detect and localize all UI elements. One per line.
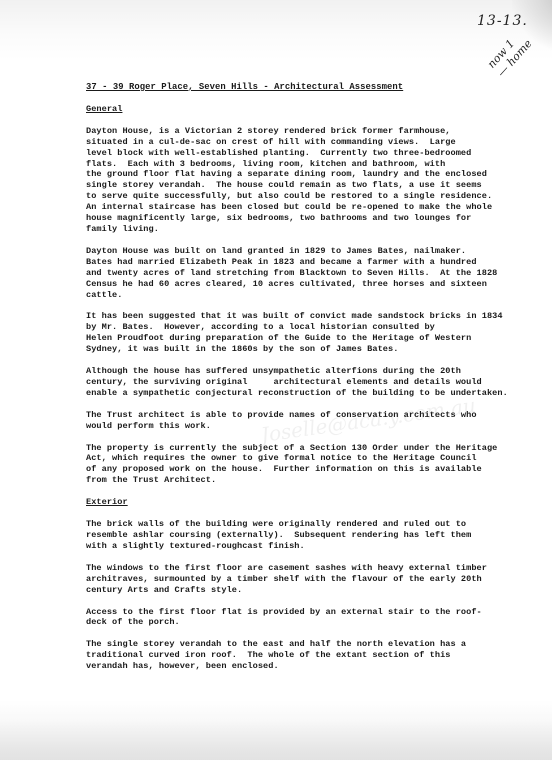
paragraph: The property is currently the subject of… — [86, 443, 546, 487]
text-line: enable a sympathetic conjectural reconst… — [86, 388, 546, 399]
text-line: flats. Each with 3 bedrooms, living room… — [86, 159, 546, 170]
scanned-document-page: 13-13. now 1 — home Joselle@aca.y.com.au… — [0, 0, 552, 760]
text-line: century, the surviving original architec… — [86, 377, 546, 388]
text-line: and twenty acres of land stretching from… — [86, 268, 546, 279]
section-general: GeneralDayton House, is a Victorian 2 st… — [86, 104, 546, 486]
paragraph: It has been suggested that it was built … — [86, 311, 546, 355]
text-line: from the Trust Architect. — [86, 475, 546, 486]
text-line: cattle. — [86, 290, 546, 301]
text-line: Dayton House was built on land granted i… — [86, 246, 546, 257]
text-line: single storey verandah. The house could … — [86, 180, 546, 191]
text-line: family living. — [86, 224, 546, 235]
text-line: to serve quite successfully, but also co… — [86, 191, 546, 202]
section-heading: General — [86, 104, 546, 115]
text-line: would perform this work. — [86, 421, 546, 432]
text-line: The property is currently the subject of… — [86, 443, 546, 454]
text-line: verandah has, however, been enclosed. — [86, 661, 546, 672]
paragraph: The brick walls of the building were ori… — [86, 519, 546, 552]
text-line: traditional curved iron roof. The whole … — [86, 650, 546, 661]
text-line: Dayton House, is a Victorian 2 storey re… — [86, 126, 546, 137]
paragraph: Access to the first floor flat is provid… — [86, 607, 546, 629]
section-exterior: ExteriorThe brick walls of the building … — [86, 497, 546, 672]
text-line: The windows to the first floor are casem… — [86, 563, 546, 574]
text-line: It has been suggested that it was built … — [86, 311, 546, 322]
paragraph: The single storey verandah to the east a… — [86, 639, 546, 672]
text-line: deck of the porch. — [86, 617, 546, 628]
paragraph: The windows to the first floor are casem… — [86, 563, 546, 596]
paragraph: Dayton House was built on land granted i… — [86, 246, 546, 301]
text-line: situated in a cul-de-sac on crest of hil… — [86, 137, 546, 148]
text-line: The brick walls of the building were ori… — [86, 519, 546, 530]
paragraph: Dayton House, is a Victorian 2 storey re… — [86, 126, 546, 235]
text-line: Although the house has suffered unsympat… — [86, 366, 546, 377]
document-title: 37 - 39 Roger Place, Seven Hills - Archi… — [86, 82, 546, 93]
text-line: Act, which requires the owner to give fo… — [86, 453, 546, 464]
text-line: Helen Proudfoot during preparation of th… — [86, 333, 546, 344]
paragraph: The Trust architect is able to provide n… — [86, 410, 546, 432]
text-line: of any proposed work on the house. Furth… — [86, 464, 546, 475]
text-line: house magnificently large, six bedrooms,… — [86, 213, 546, 224]
text-line: Sydney, it was built in the 1860s by the… — [86, 344, 546, 355]
text-line: architraves, surmounted by a timber shel… — [86, 574, 546, 585]
text-line: An internal staircase has been closed bu… — [86, 202, 546, 213]
text-line: The Trust architect is able to provide n… — [86, 410, 546, 421]
text-line: century Arts and Crafts style. — [86, 585, 546, 596]
text-line: level block with well-established planti… — [86, 148, 546, 159]
text-line: The single storey verandah to the east a… — [86, 639, 546, 650]
text-line: by Mr. Bates. However, according to a lo… — [86, 322, 546, 333]
text-line: resemble ashlar coursing (externally). S… — [86, 530, 546, 541]
text-line: Access to the first floor flat is provid… — [86, 607, 546, 618]
section-heading: Exterior — [86, 497, 546, 508]
text-line: with a slightly textured-roughcast finis… — [86, 541, 546, 552]
text-line: Census he had 60 acres cleared, 10 acres… — [86, 279, 546, 290]
text-line: the ground floor flat having a separate … — [86, 169, 546, 180]
page-bottom-shadow — [0, 720, 552, 760]
document-body: 37 - 39 Roger Place, Seven Hills - Archi… — [86, 82, 546, 683]
document-sections: GeneralDayton House, is a Victorian 2 st… — [86, 104, 546, 672]
paragraph: Although the house has suffered unsympat… — [86, 366, 546, 399]
text-line: Bates had married Elizabeth Peak in 1823… — [86, 257, 546, 268]
